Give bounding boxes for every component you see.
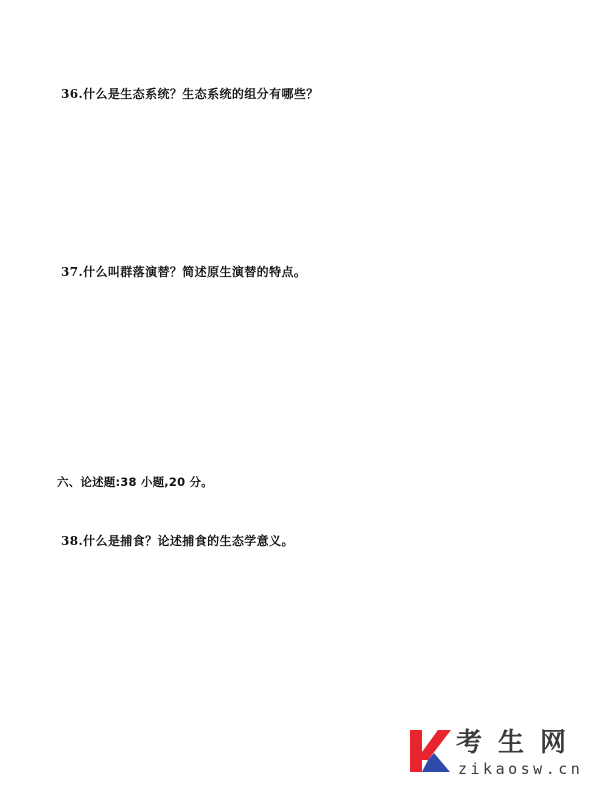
question-text: 什么叫群落演替？简述原生演替的特点。	[83, 265, 306, 279]
question-number: 36.	[61, 87, 83, 101]
watermark-domain: zikaosw.cn	[458, 760, 583, 778]
question-37: 37.什么叫群落演替？简述原生演替的特点。	[61, 265, 306, 279]
watermark-name: 考生网	[456, 728, 582, 758]
watermark-logo: 考生网 zikaosw.cn	[408, 726, 588, 784]
exam-page: 36.什么是生态系统？生态系统的组分有哪些？ 37.什么叫群落演替？简述原生演替…	[0, 0, 595, 791]
question-number: 38.	[61, 534, 83, 548]
question-number: 37.	[61, 265, 83, 279]
question-38: 38.什么是捕食？论述捕食的生态学意义。	[61, 534, 294, 548]
question-text: 什么是捕食？论述捕食的生态学意义。	[83, 534, 294, 548]
question-36: 36.什么是生态系统？生态系统的组分有哪些？	[61, 87, 319, 101]
k-logo-icon	[408, 726, 452, 776]
section-heading-essay: 六、论述题:38 小题,20 分。	[57, 475, 213, 489]
question-text: 什么是生态系统？生态系统的组分有哪些？	[83, 87, 319, 101]
